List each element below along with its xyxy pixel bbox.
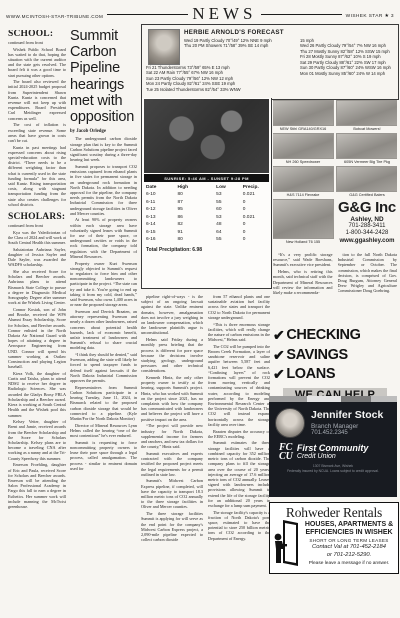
pipeline-continuation-columns: pipeline right-of-ways - is the subject … <box>141 294 271 586</box>
cell-low: 55 <box>216 199 243 206</box>
school-continued: continued from front <box>8 40 66 45</box>
table-row: 6-15 91 64 0 <box>146 229 267 236</box>
check-label: CHECKING <box>286 326 360 346</box>
cell-precip: 0 <box>243 206 267 213</box>
pipeline-paragraph: Summit is requesting to force noncommitt… <box>70 440 137 471</box>
masthead-rule-right <box>261 14 342 15</box>
cell-date: 6-15 <box>146 229 177 236</box>
cell-high: 91 <box>177 229 216 236</box>
table-row: 6-14 82 48 0 <box>146 221 267 228</box>
cell-high: 87 <box>177 199 216 206</box>
branch-manager-name: Jennifer Stock <box>311 410 383 422</box>
vermeer-baler-photo <box>336 133 397 159</box>
cell-high: 86 <box>177 214 216 221</box>
jennifer-stock-photo <box>275 408 305 438</box>
photo-caption: 605N Vermeer Big Tire Pkg <box>344 160 390 165</box>
cell-high: 80 <box>177 236 216 243</box>
pipeline-byline: by Jacob Orledge <box>70 129 137 134</box>
scholars-paragraph: Connor Kosiak, son of John and Brooke, r… <box>8 307 66 369</box>
pipeline-paragraph: Helms, who is retiring this month, said … <box>273 269 333 295</box>
cell-date: 6-12 <box>146 206 177 213</box>
cell-precip: 0 <box>243 199 267 206</box>
cell-high: 82 <box>177 221 216 228</box>
scholars-paragraph: Kelsey Vetter, daughter of Brent and Jam… <box>8 419 66 461</box>
pipeline-paragraph: Summit's Midwest Carbon Express pipeline… <box>141 478 203 509</box>
fccu-org-name: First Community <box>297 444 369 453</box>
cell-low: 48 <box>216 221 243 228</box>
pipeline-paragraph: “I think they should be denied,” said Sw… <box>70 352 137 383</box>
forecast-line: Thu 20 PM Showers 71°/58° 39% SE 14 mph <box>184 43 294 48</box>
door-person-icon <box>273 519 299 567</box>
scholars-paragraph: Emerson Froehling, daughter of Eric and … <box>8 462 66 509</box>
gg-inc-ad[interactable]: NEW Stihl GRA140/GRX16 Bobcat Mowers! NH… <box>273 100 397 248</box>
scholars-paragraph: Kiera Volk, the daughter of Curtis and T… <box>8 371 66 418</box>
sunrise-sunset-bar: SUNRISE: 5:46 AM - SUNSET 9:28 PM <box>144 174 269 182</box>
col-header-precip: Precip. <box>243 184 267 191</box>
school-paragraph: Wishek Public School Board has waited to… <box>8 47 66 78</box>
us-weather-map-image <box>144 99 269 173</box>
rohweder-contact-phone: Contact Val at 701-452-2184 <box>300 544 398 551</box>
pipeline-paragraph: At least 90% of property owners within e… <box>70 217 137 259</box>
bobcat-mower-photo <box>336 100 397 126</box>
rohweder-line: SHORT OR LONG TERM LEASES <box>300 538 398 543</box>
cell-high: 95 <box>177 206 216 213</box>
pipeline-paragraph: Summit executives and experts contracted… <box>141 451 203 477</box>
column-pipeline: Summit Carbon Pipeline hearings met with… <box>70 28 137 603</box>
fccu-address: 1307 Bismark Ave, Wishek Federally insur… <box>269 464 397 474</box>
cell-low: 55 <box>216 236 243 243</box>
scholars-paragraph: She also received Score for Scholars and… <box>8 269 66 305</box>
star-icon: ★ <box>384 14 389 19</box>
col-header-date: Date <box>146 184 177 191</box>
nh260-speedrower-photo <box>273 133 334 159</box>
pipeline-paragraph: pipeline right-of-ways - is the subject … <box>141 294 203 336</box>
pipeline-paragraph: Summit proposes to transport CO2 emissio… <box>70 164 137 216</box>
gg-company-name: G&G Inc <box>338 200 396 215</box>
fccu-logo: FC CU First Community Credit Union <box>279 443 397 461</box>
pipeline-paragraph: Director of Mineral Resources Lynn Helms… <box>70 423 137 439</box>
gg-website-link[interactable]: www.ggashley.com <box>339 238 394 244</box>
rohweder-line: Please leave a message if no answer. <box>300 561 398 566</box>
total-precipitation: Total Precipitation: 6.98 <box>146 247 271 253</box>
forecast-left-column-lower: Fri 21 Thunderstorms 73°/59° 65% E 13 mp… <box>146 65 274 92</box>
table-row: 6-12 95 60 0 <box>146 206 267 213</box>
col-header-low: Low <box>216 184 243 191</box>
photo-caption: G&G Certified Balers <box>349 193 384 198</box>
column-school-scholars: SCHOOL: continued from front Wishek Publ… <box>8 30 66 590</box>
ad-top-stripe <box>269 396 397 402</box>
check-label: SAVINGS <box>286 346 347 366</box>
photo-caption: NH 260 Speedrower <box>286 160 320 165</box>
cell-precip: 0 <box>243 221 267 228</box>
photo-caption: New Holland T6 155 <box>286 240 320 245</box>
masthead-website: WWW.MCINTOSH-STAR-TRIBUNE.COM <box>6 14 103 19</box>
cell-low: 53 <box>216 191 243 198</box>
gg-phone-1: 701-288-3411 <box>349 223 386 231</box>
rohweder-rentals-ad[interactable]: Rohweder Rentals HOUSES, APARTMENTS & EF… <box>269 502 399 574</box>
pipeline-paragraph: “It's a very prolific storage resource,”… <box>273 252 333 268</box>
newspaper-page: WWW.MCINTOSH-STAR-TRIBUNE.COM NEWS JUNE … <box>0 0 400 618</box>
pipeline-paragraph: tion to the full North Dakota Industrial… <box>338 252 398 294</box>
pipeline-paragraph: from 57 ethanol plants and one sustainab… <box>208 294 270 320</box>
pipeline-paragraph: The CO2 will be pumped into the Broom Cr… <box>208 344 270 427</box>
cell-date: 6-10 <box>146 191 177 198</box>
branch-manager-role: Branch Manager <box>311 423 383 430</box>
fccu-logo-abbr: FC CU <box>279 443 293 461</box>
fccu-org-type: Credit Union <box>297 453 369 461</box>
forecast-line: Mon 01 Mostly Sunny 85°/60° 24% W 14 mph <box>300 71 394 76</box>
rohweder-line: EFFICIENCIES IN WISHEK <box>300 529 398 537</box>
cell-date: 6-11 <box>146 199 177 206</box>
page-number: 3 <box>391 14 394 19</box>
forecast-title: HERBIE ARNOLD'S FORECAST <box>184 29 354 36</box>
scholars-continued: continued from front <box>8 223 66 228</box>
forecast-line: Fri 28 Mostly Sunny 87°/62° 10% S 19 mph <box>300 54 394 59</box>
weather-unit: SUNRISE: 5:46 AM - SUNSET 9:28 PM Date H… <box>141 98 272 289</box>
school-paragraph: The cost of inflation is exceeding state… <box>8 122 66 143</box>
check-item-loans: ✔ LOANS <box>273 365 397 385</box>
section-title: NEWS <box>192 5 256 22</box>
scholars-paragraph: Kya was the Valedictorian of the Class o… <box>8 230 66 246</box>
cell-date: 6-16 <box>146 236 177 243</box>
pipeline-paragraph: Representatives from Summit Carbon Solut… <box>70 385 137 421</box>
rohweder-contact-phone-2: or 701-212-5290. <box>300 552 398 559</box>
cell-low: 60 <box>216 206 243 213</box>
fccu-checklist-ad[interactable]: ✔ CHECKING ✔ SAVINGS ✔ LOANS WE CAN HELP <box>273 326 397 392</box>
cell-date: 6-14 <box>146 221 177 228</box>
table-row: 6-13 86 53 0.021 <box>146 214 267 221</box>
pipeline-paragraph: Kenneth Hintz, the only other property o… <box>141 375 203 422</box>
flexrake-photo <box>273 166 334 192</box>
pipeline-paragraph: Swenson and Derrick Braaten, an attorney… <box>70 309 137 351</box>
pipeline-paragraph: The storage facility's capacity is a fra… <box>208 510 270 541</box>
school-paragraph: The board also reviewed the initial 2024… <box>8 79 66 121</box>
forecast-box: HERBIE ARNOLD'S FORECAST Wed 19 Partly C… <box>141 24 399 100</box>
school-kicker: SCHOOL: <box>8 30 66 40</box>
cell-precip: 0 <box>243 236 267 243</box>
pipeline-headline: Summit Carbon Pipeline hearings met with… <box>70 28 137 125</box>
certified-baler-photo <box>336 166 397 192</box>
branch-phone: 701.452.2345 <box>311 430 383 436</box>
forecast-left-column: Wed 19 Partly Cloudy 70°/49° 12% NNE 9 m… <box>184 38 294 49</box>
checkmark-icon: ✔ <box>273 326 284 345</box>
pipeline-paragraph: The underground carbon dioxide storage p… <box>70 136 137 162</box>
paper-name: WISHEK STAR <box>346 14 383 19</box>
gg-city: Ashley, ND <box>350 216 383 223</box>
school-paragraph: Kuntz in past meetings had expressed con… <box>8 145 66 207</box>
page-label: WISHEK STAR ★ 3 <box>346 14 394 19</box>
rohweder-line: HOUSES, APARTMENTS & <box>300 521 398 529</box>
herbie-arnold-photo <box>148 29 180 65</box>
forecast-right-column: 15 mph Wed 26 Partly Cloudy 79°/54° 7% N… <box>300 38 394 76</box>
photo-caption: H&S 7114 Flexrake <box>287 193 320 198</box>
pipeline-paragraph: “This is three enormous storage faciliti… <box>208 322 270 343</box>
forecast-line: Tue 25 Isolated Thunderstorms 82°/54° 33… <box>146 87 274 92</box>
fccu-branch-ad[interactable]: Jennifer Stock Branch Manager 701.452.23… <box>269 396 397 497</box>
checkmark-icon: ✔ <box>273 365 284 384</box>
weather-table: Date High Low Precip. 6-10 80 53 0.021 6… <box>146 184 267 243</box>
pipeline-paragraph: Braaten disputes the accuracy of the EER… <box>208 429 270 439</box>
cell-precip: 0 <box>243 229 267 236</box>
photo-caption: NEW Stihl GRA140/GRX16 <box>280 127 326 132</box>
pipeline-paragraph: Property owner Kurt Swenson strongly obj… <box>70 261 137 308</box>
scholars-paragraph: Salutatorian Aubriana Sayler, daughter o… <box>8 247 66 268</box>
masthead-rule-left <box>107 14 188 15</box>
pipeline-paragraph: Summit estimates the three storage facil… <box>208 440 270 508</box>
check-item-checking: ✔ CHECKING <box>273 326 397 346</box>
pipeline-paragraph: Helms said Friday during a monthly press… <box>141 337 203 373</box>
table-row: 6-10 80 53 0.021 <box>146 191 267 198</box>
forecast-line: Sun 30 Partly Cloudy 87°/60° 24% WSW 16 … <box>300 65 394 70</box>
scholars-kicker: SCHOLARS: <box>8 213 66 223</box>
weather-table-header: Date High Low Precip. <box>146 184 267 191</box>
checkmark-icon: ✔ <box>273 346 284 365</box>
stihl-mower-photo <box>273 100 334 126</box>
table-row: 6-16 80 55 0 <box>146 236 267 243</box>
check-item-savings: ✔ SAVINGS <box>273 346 397 366</box>
check-label: LOANS <box>286 365 335 385</box>
photo-caption: Bobcat Mowers! <box>353 127 380 132</box>
pipeline-paragraph: The three storage facilities Summit is a… <box>141 511 203 542</box>
pipeline-paragraph: “The project will provide new industry f… <box>141 423 203 449</box>
cell-low: 64 <box>216 229 243 236</box>
cell-precip: 0.021 <box>243 214 267 221</box>
cell-high: 80 <box>177 191 216 198</box>
pipeline-right-columns: “It's a very prolific storage resource,”… <box>273 252 397 322</box>
cell-precip: 0.021 <box>243 191 267 198</box>
table-row: 6-11 87 55 0 <box>146 199 267 206</box>
new-holland-tractor-photo <box>273 199 334 239</box>
gg-phone-2: 1-800-344-2428 <box>346 230 389 238</box>
col-header-high: High <box>177 184 216 191</box>
cell-low: 53 <box>216 214 243 221</box>
cell-date: 6-13 <box>146 214 177 221</box>
